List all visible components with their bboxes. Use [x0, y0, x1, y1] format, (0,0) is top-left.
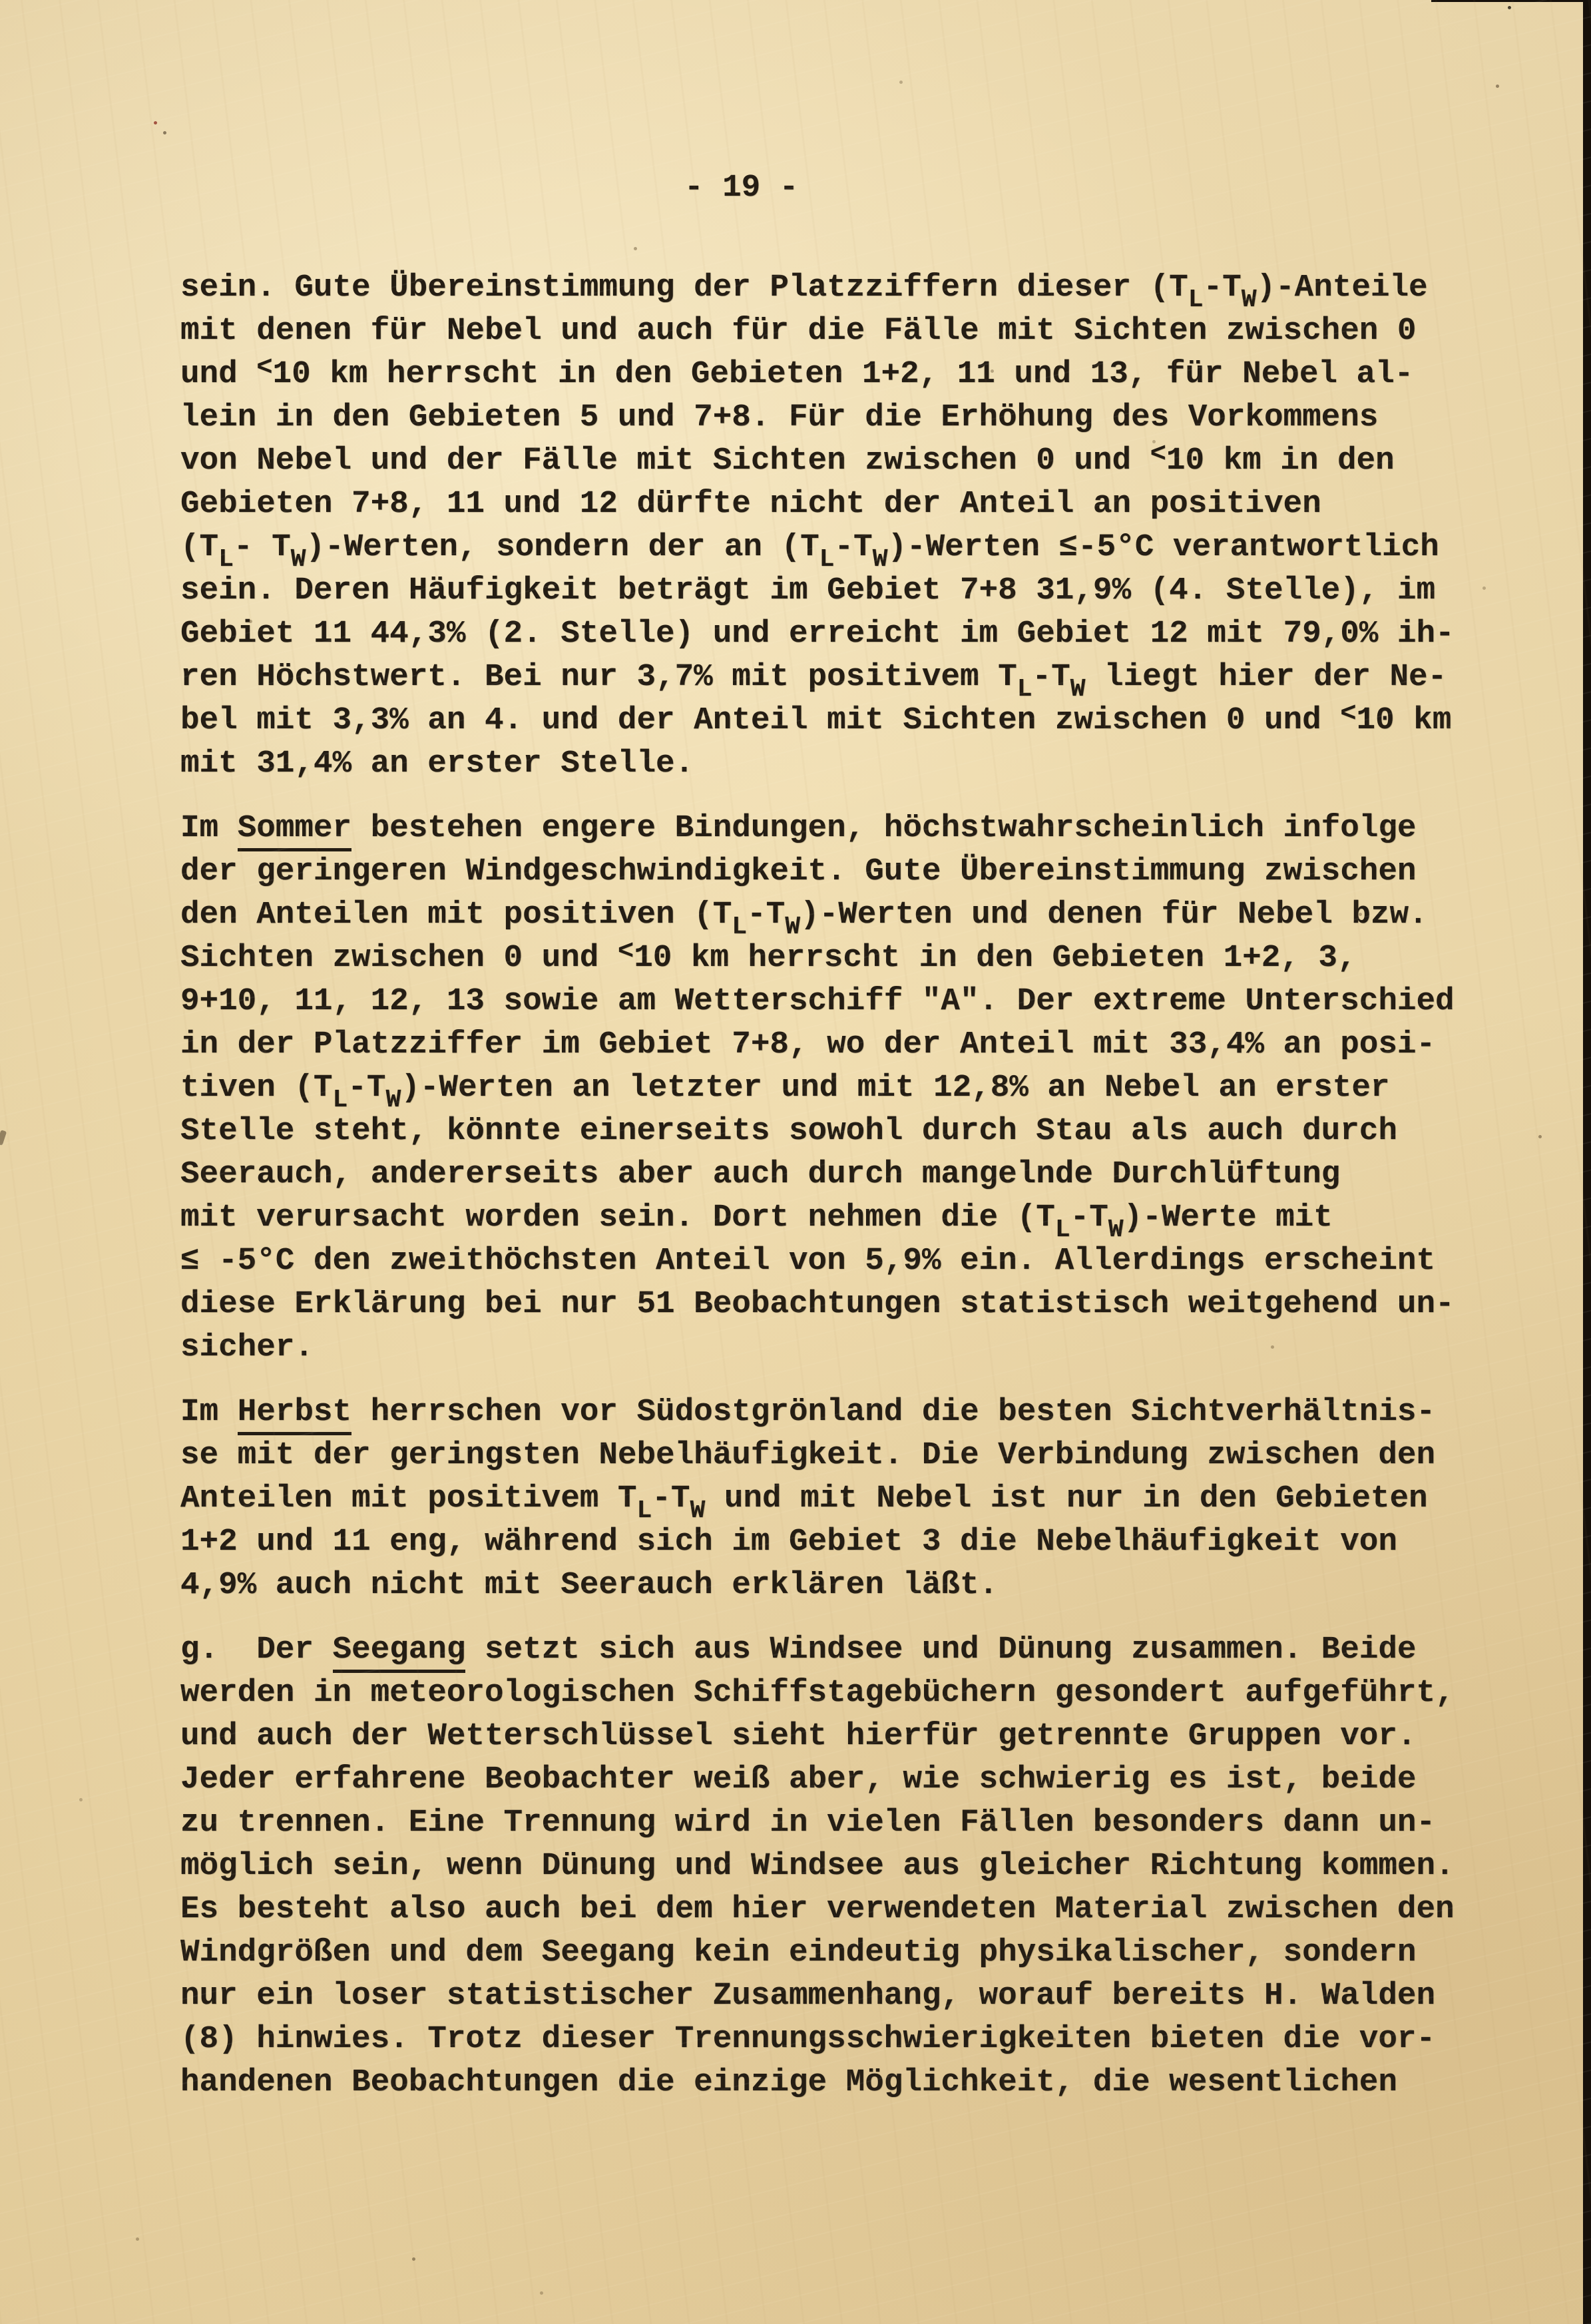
page-number: - 19 -: [684, 166, 798, 210]
scan-edge-top: [1431, 0, 1591, 2]
body-text: sein. Gute Übereinstimmung der Platzziff…: [180, 266, 1449, 2104]
scanned-document-page: - 19 - sein. Gute Übereinstimmung der Pl…: [0, 0, 1591, 2324]
paragraph-seegang: g. Der Seegang setzt sich aus Windsee un…: [180, 1628, 1449, 2104]
paragraph-herbst: Im Herbst herrschen vor Südostgrönland d…: [180, 1391, 1449, 1607]
paragraph-winter-continuation: sein. Gute Übereinstimmung der Platzziff…: [180, 266, 1449, 786]
paper-speckles: [0, 0, 2, 2]
scan-edge-right: [1583, 0, 1591, 2324]
scan-artifact-left-margin: [0, 1130, 7, 1146]
paragraph-sommer: Im Sommer bestehen engere Bindungen, höc…: [180, 807, 1449, 1369]
